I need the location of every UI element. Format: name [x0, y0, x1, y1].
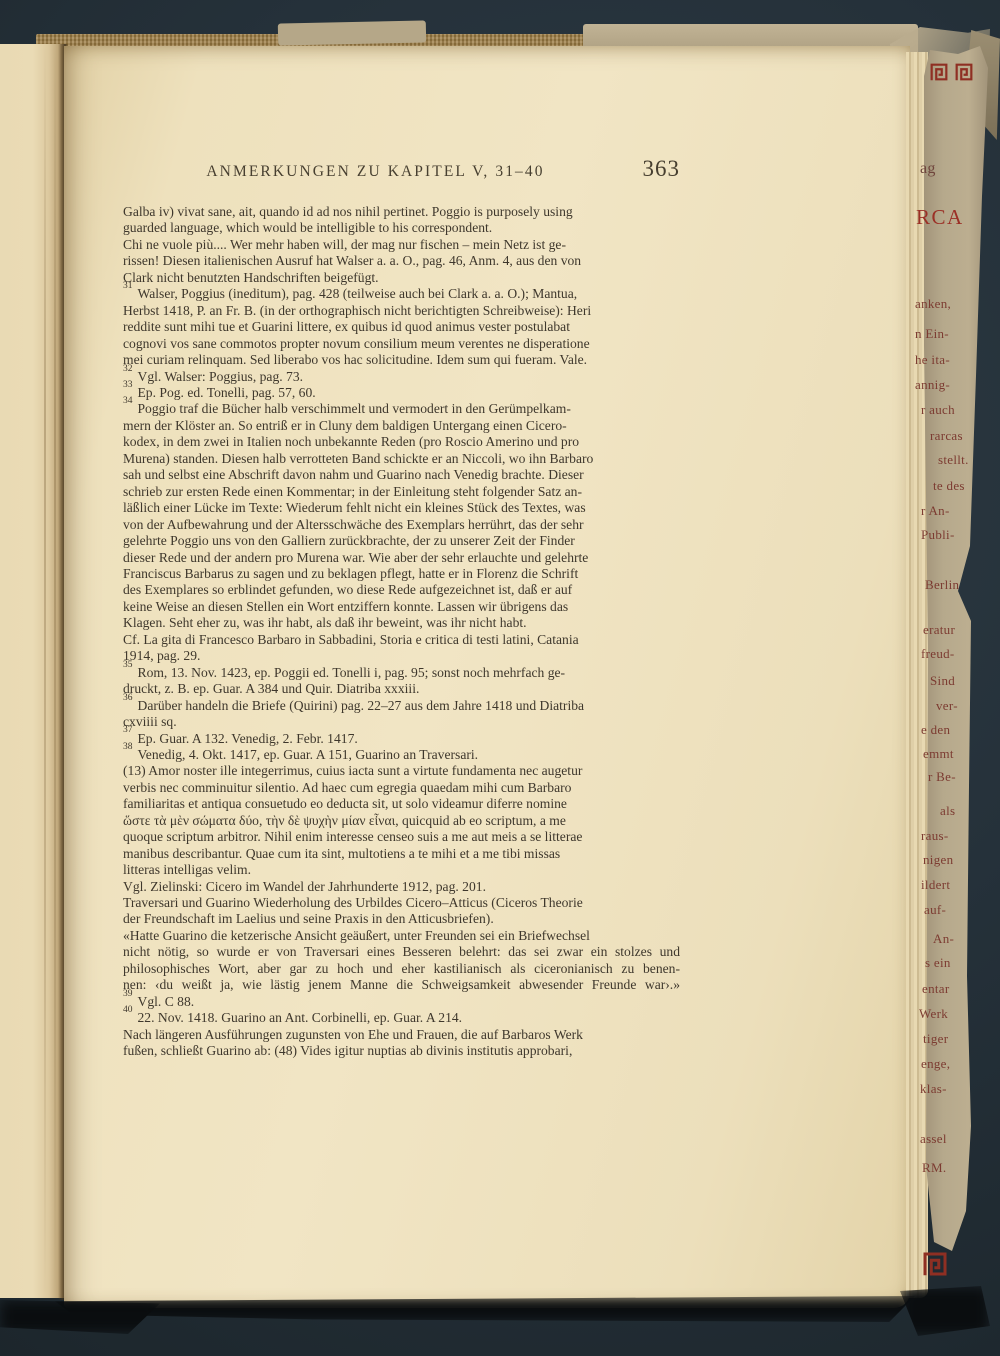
page-crease: [44, 44, 46, 1298]
greek-key-ornament-icon: [953, 61, 975, 83]
text-line: Murena) standen. Diesen halb verrotteten…: [123, 451, 680, 467]
greek-key-ornament-icon: [920, 1249, 950, 1279]
text-line: schrieb zur ersten Rede einen Kommentar;…: [123, 484, 680, 500]
edge-text-fragment: An-: [933, 931, 954, 947]
edge-text-fragment: stellt.: [938, 452, 969, 468]
text-line: mern der Klöster an. So entriß er in Clu…: [123, 418, 680, 434]
text-line: cxviiii sq.: [123, 714, 680, 730]
facing-page: [0, 44, 66, 1298]
text-line: Galba iv) vivat sane, ait, quando id ad …: [123, 204, 680, 220]
text-line: nicht nötig, so wurde er von Traversari …: [123, 944, 680, 960]
text-line: familiaritas et antiqua consuetudo eo de…: [123, 796, 680, 812]
running-header: ANMERKUNGEN ZU KAPITEL V, 31–40: [123, 163, 680, 181]
text-line: Clark nicht benutzten Handschriften beig…: [123, 270, 680, 286]
edge-text-fragment: te des: [933, 478, 965, 494]
book-page: ANMERKUNGEN ZU KAPITEL V, 31–40 363 Galb…: [64, 46, 910, 1308]
text-line: Traversari und Guarino Wiederholung des …: [123, 895, 680, 911]
footnote-number: 33: [123, 380, 133, 390]
edge-text-fragment: Sind: [930, 673, 955, 689]
photo-background: ANMERKUNGEN ZU KAPITEL V, 31–40 363 Galb…: [0, 0, 1000, 1356]
footnote-number: 37: [123, 725, 133, 735]
text-line: 39Vgl. C 88.: [123, 994, 680, 1010]
edge-text-fragment: emmt: [923, 746, 954, 762]
edge-text-fragment: auf-: [924, 902, 946, 918]
edge-text-fragment: Werk: [919, 1006, 948, 1022]
page-number: 363: [643, 156, 681, 182]
text-line: Klagen. Seht eher zu, was ihr habt, als …: [123, 615, 680, 631]
edge-text-fragment: als: [940, 803, 955, 819]
text-line: kodex, in dem zwei in Italien noch unbek…: [123, 434, 680, 450]
edge-text-fragment: he ita-: [915, 352, 950, 368]
edge-text-fragment: ildert: [921, 877, 950, 893]
text-line: 32Vgl. Walser: Poggius, pag. 73.: [123, 369, 680, 385]
text-line: druckt, z. B. ep. Guar. A 384 und Quir. …: [123, 681, 680, 697]
text-line: der Freundschaft im Laelius und seine Pr…: [123, 911, 680, 927]
text-line: sah und selbst eine Abschrift davon nahm…: [123, 467, 680, 483]
text-line: reddite sunt mihi tue et Guarini littere…: [123, 319, 680, 335]
text-line: 1914, pag. 29.: [123, 648, 680, 664]
edge-text-fragment: r Be-: [928, 769, 956, 785]
edge-text-fragment: enge,: [921, 1056, 950, 1072]
text-line: Cf. La gita di Francesco Barbaro in Sabb…: [123, 632, 680, 648]
edge-text-fragment: tiger: [923, 1031, 948, 1047]
book-shadow: [900, 1286, 990, 1336]
text-line: nen: ‹du weißt ja, wie lästig jenem Mann…: [123, 977, 680, 993]
footnote-number: 32: [123, 364, 133, 374]
edge-text-fragment: s ein: [925, 955, 951, 971]
text-line: von der Aufbewahrung und der Altersschwä…: [123, 517, 680, 533]
text-line: 35Rom, 13. Nov. 1423, ep. Poggii ed. Ton…: [123, 665, 680, 681]
edge-text-fragment: raus-: [921, 828, 949, 844]
text-line: dieser Rede und der andern pro Murena wa…: [123, 550, 680, 566]
edge-text-fragment: eratur: [923, 622, 955, 638]
text-line: cognovi vos sane commotos propter novum …: [123, 336, 680, 352]
edge-text-fragment: r auch: [921, 402, 955, 418]
text-line: gelehrte Poggio uns von den Galliern zur…: [123, 533, 680, 549]
text-line: 31Walser, Poggius (ineditum), pag. 428 (…: [123, 286, 680, 302]
text-line: läßlich einer Lücke im Texte: Wiederum f…: [123, 500, 680, 516]
text-line: quoque scriptum arbitror. Nihil enim int…: [123, 829, 680, 845]
edge-text-fragment: freud-: [921, 646, 955, 662]
text-line: des Exemplares so erblindet gefunden, wo…: [123, 582, 680, 598]
text-line: keine Weise an diesen Stellen ein Wort e…: [123, 599, 680, 615]
edge-text-fragment: nigen: [923, 852, 953, 868]
footnote-number: 40: [123, 1005, 133, 1015]
book-shadow: [0, 1300, 160, 1334]
text-line: 33Ep. Pog. ed. Tonelli, pag. 57, 60.: [123, 385, 680, 401]
edge-text-fragment: RCA: [916, 205, 964, 230]
text-line: Vgl. Zielinski: Cicero im Wandel der Jah…: [123, 879, 680, 895]
text-line: philosophisches Wort, aber gar zu hoch u…: [123, 961, 680, 977]
text-line: Herbst 1418, P. an Fr. B. (in der orthog…: [123, 303, 680, 319]
text-line: (13) Amor noster ille integerrimus, cuiu…: [123, 763, 680, 779]
edge-text-fragment: n Ein-: [915, 326, 949, 342]
edge-text-fragment: e den: [921, 722, 950, 738]
edge-text-fragment: RM.: [922, 1160, 946, 1176]
page-header: ANMERKUNGEN ZU KAPITEL V, 31–40 363: [123, 163, 680, 181]
text-line: ὥστε τὰ μὲν σώματα δύο, τὴν δὲ ψυχὴν μία…: [123, 813, 680, 829]
dust-jacket-scrap: [278, 20, 426, 45]
text-line: 36Darüber handeln die Briefe (Quirini) p…: [123, 698, 680, 714]
footnote-number: 35: [123, 660, 133, 670]
footnote-number: 34: [123, 396, 133, 406]
text-line: 4022. Nov. 1418. Guarino an Ant. Corbine…: [123, 1010, 680, 1026]
text-line: litteras intelligas velim.: [123, 862, 680, 878]
edge-text-fragment: annig-: [915, 377, 950, 393]
greek-key-ornament-icon: [928, 61, 950, 83]
footnote-number: 39: [123, 989, 133, 999]
edge-text-fragment: ag: [920, 160, 936, 178]
edge-text-fragment: entar: [922, 981, 949, 997]
footnote-number: 38: [123, 742, 133, 752]
edge-text-fragment: ver-: [936, 698, 958, 714]
text-line: «Hatte Guarino die ketzerische Ansicht g…: [123, 928, 680, 944]
text-line: 37Ep. Guar. A 132. Venedig, 2. Febr. 141…: [123, 731, 680, 747]
edge-text-fragment: assel: [920, 1131, 947, 1147]
page-crease: [54, 44, 56, 1298]
text-line: guarded language, which would be intelli…: [123, 220, 680, 236]
text-line: 38Venedig, 4. Okt. 1417, ep. Guar. A 151…: [123, 747, 680, 763]
edge-text-fragment: rarcas: [930, 428, 963, 444]
text-line: Nach längeren Ausführungen zugunsten von…: [123, 1027, 680, 1043]
text-line: verbis nec comminuitur silentio. Ad haec…: [123, 780, 680, 796]
edge-text-fragment: Publi-: [921, 527, 955, 543]
edge-text-fragment: anken,: [915, 296, 951, 312]
text-line: Chi ne vuole più.... Wer mehr haben will…: [123, 237, 680, 253]
edge-text-fragment: Berlin: [925, 577, 959, 593]
page-text: Galba iv) vivat sane, ait, quando id ad …: [123, 204, 680, 1060]
footnote-number: 36: [123, 693, 133, 703]
text-line: mei curiam relinquam. Sed liberabo vos h…: [123, 352, 680, 368]
edge-text-fragment: r An-: [921, 503, 950, 519]
edge-text-fragment: klas-: [920, 1081, 947, 1097]
text-line: Franciscus Barbarus zu sagen und zu bekl…: [123, 566, 680, 582]
text-line: fußen, schließt Guarino ab: (48) Vides i…: [123, 1043, 680, 1059]
text-line: manibus describantur. Quae cum ita sint,…: [123, 846, 680, 862]
footnote-number: 31: [123, 281, 133, 291]
text-line: rissen! Diesen italienischen Ausruf hat …: [123, 253, 680, 269]
text-line: 34Poggio traf die Bücher halb verschimme…: [123, 401, 680, 417]
